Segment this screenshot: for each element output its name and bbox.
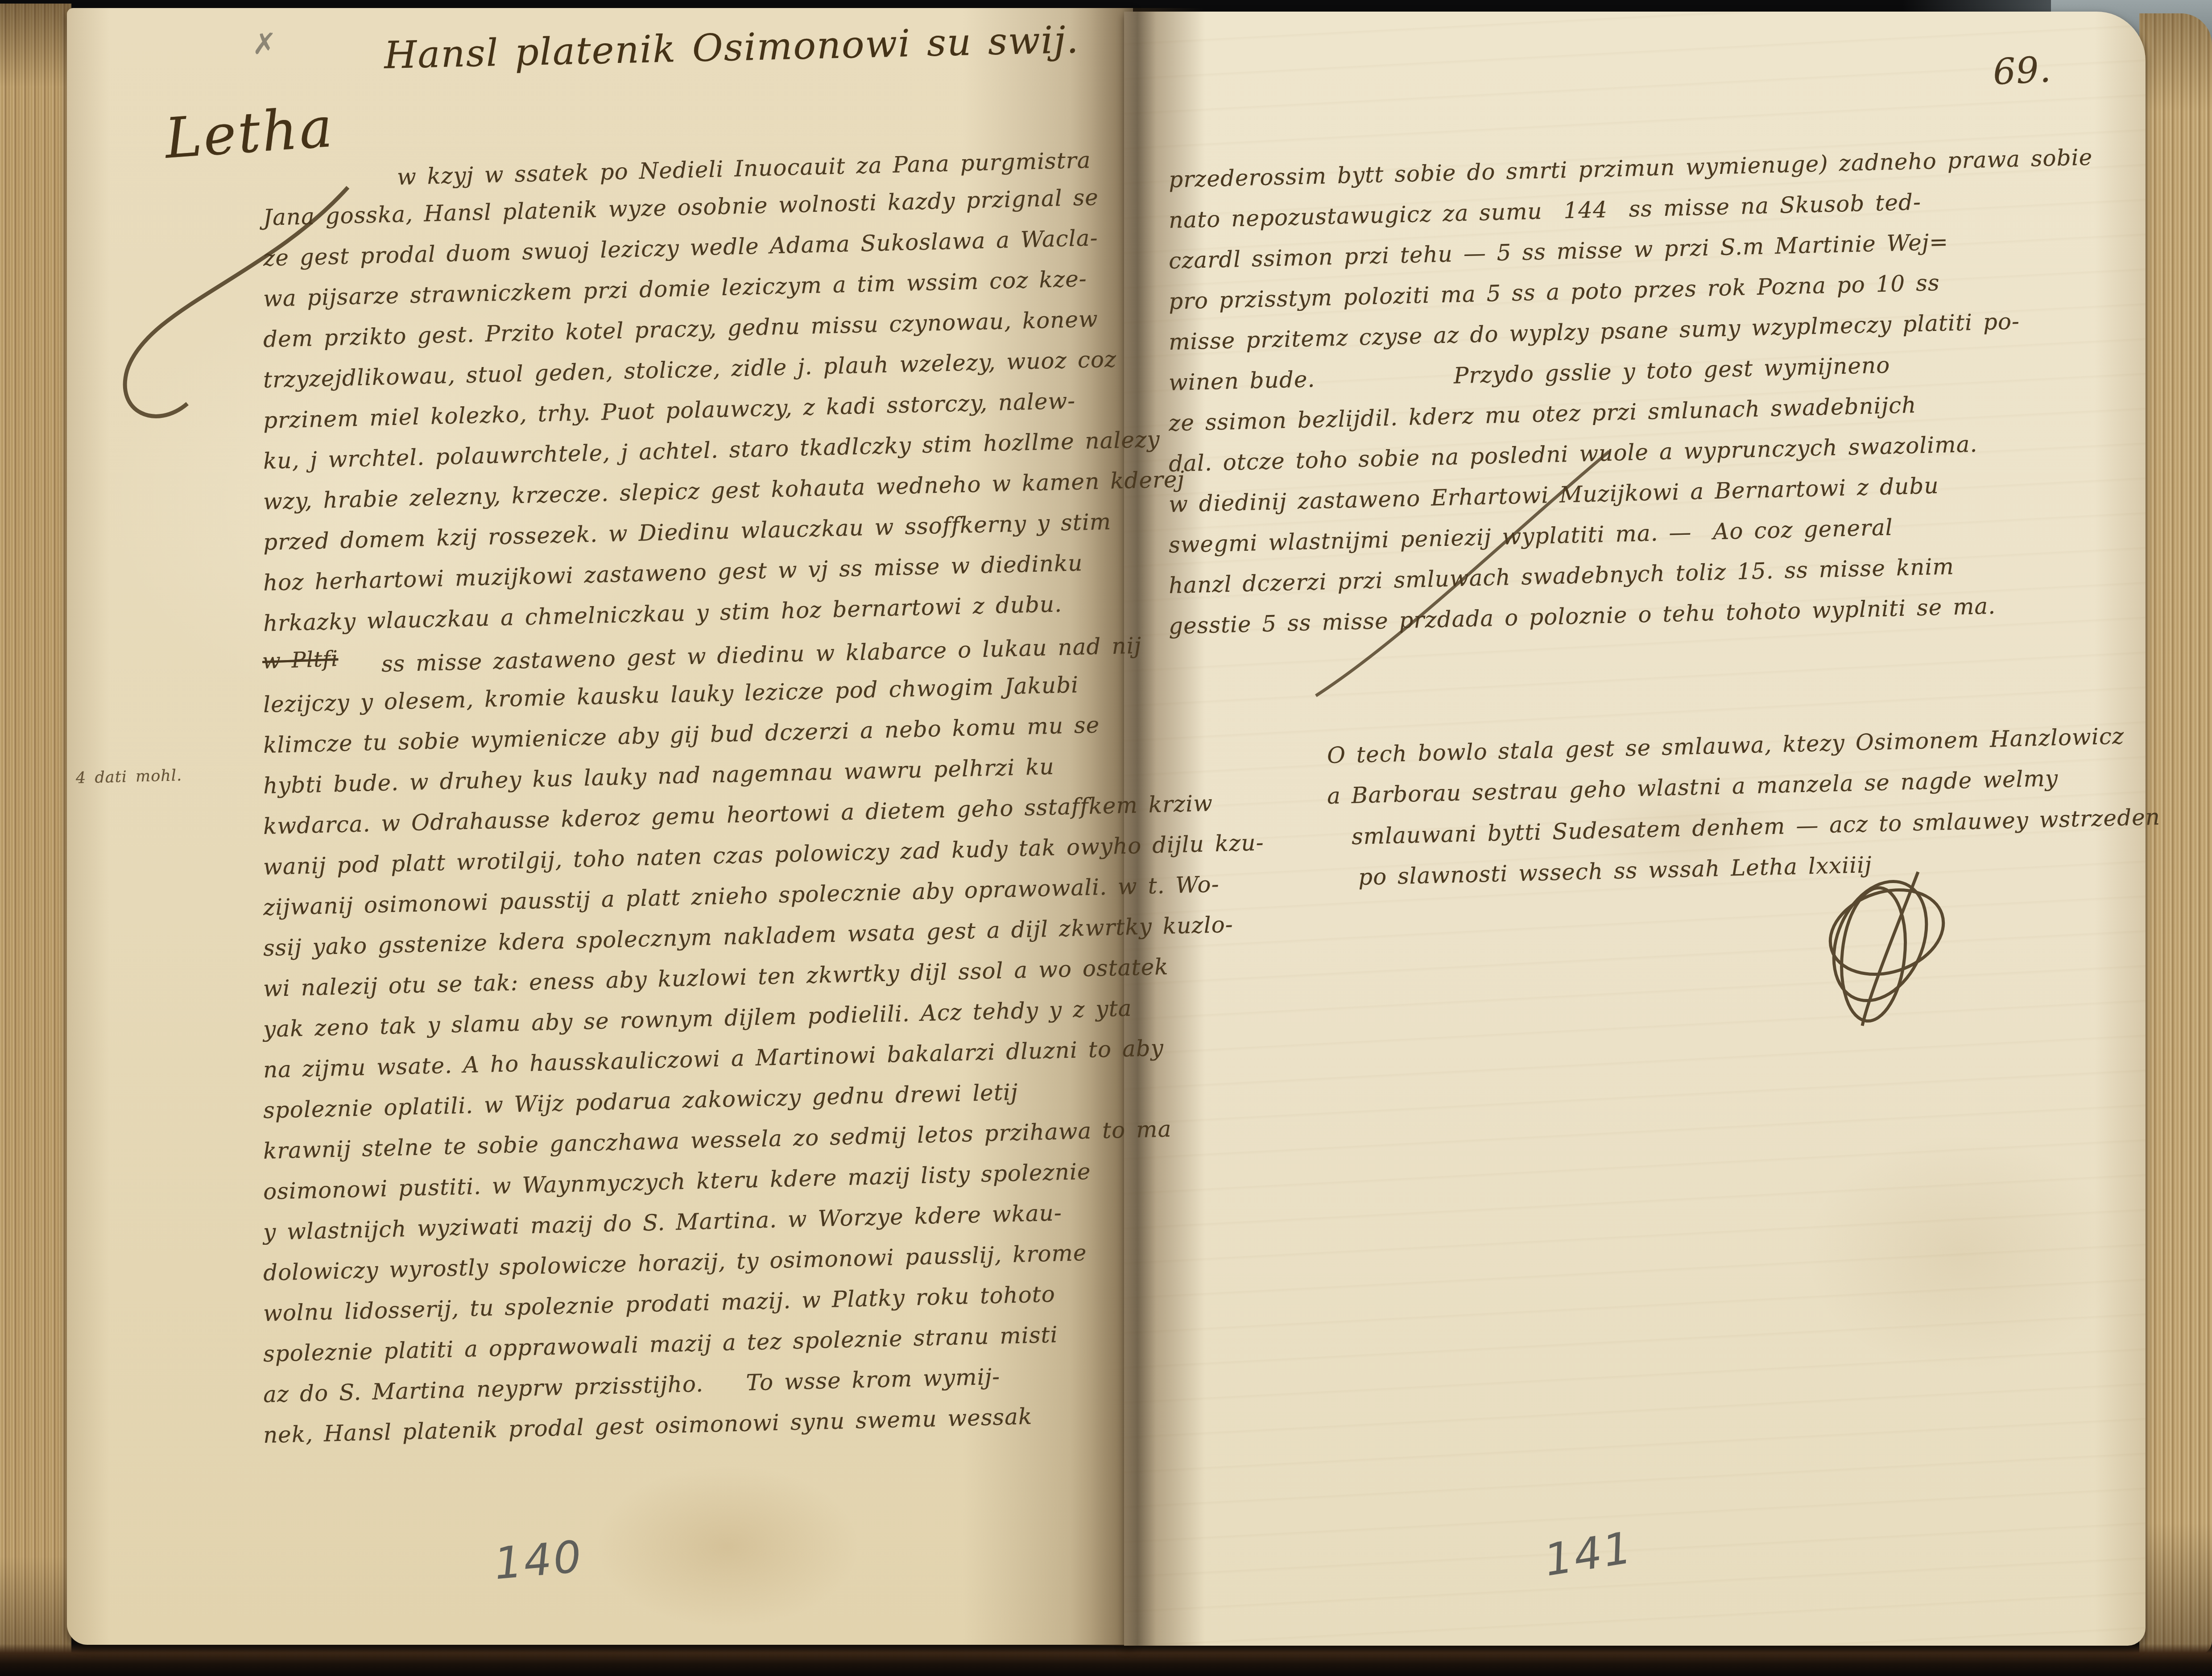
right-text-block-1: przederossim bytt sobie do smrti przimun…	[1169, 160, 2056, 647]
margin-note: 4 dati mohl.	[76, 767, 182, 787]
book-bottom-edge	[0, 1644, 2212, 1676]
folio-number-pencil-left: 140	[492, 1532, 585, 1590]
right-text-block-2: O tech bowlo stala gest se smlauwa, ktez…	[1327, 735, 2112, 897]
book-spread: Hansl platenik Osimonowi su swij. ✗ Leth…	[0, 0, 2212, 1676]
page-fan-left-edge	[0, 4, 71, 1673]
struck-word: w Pltfi	[262, 646, 339, 674]
page-fan-right-edge	[2139, 13, 2212, 1655]
left-text-block: w kzyj w ssatek po Nedieli Inuocauit za …	[263, 157, 1146, 1456]
folio-number-ink: 69.	[1992, 49, 2052, 93]
margin-cross-mark: ✗	[252, 27, 277, 61]
